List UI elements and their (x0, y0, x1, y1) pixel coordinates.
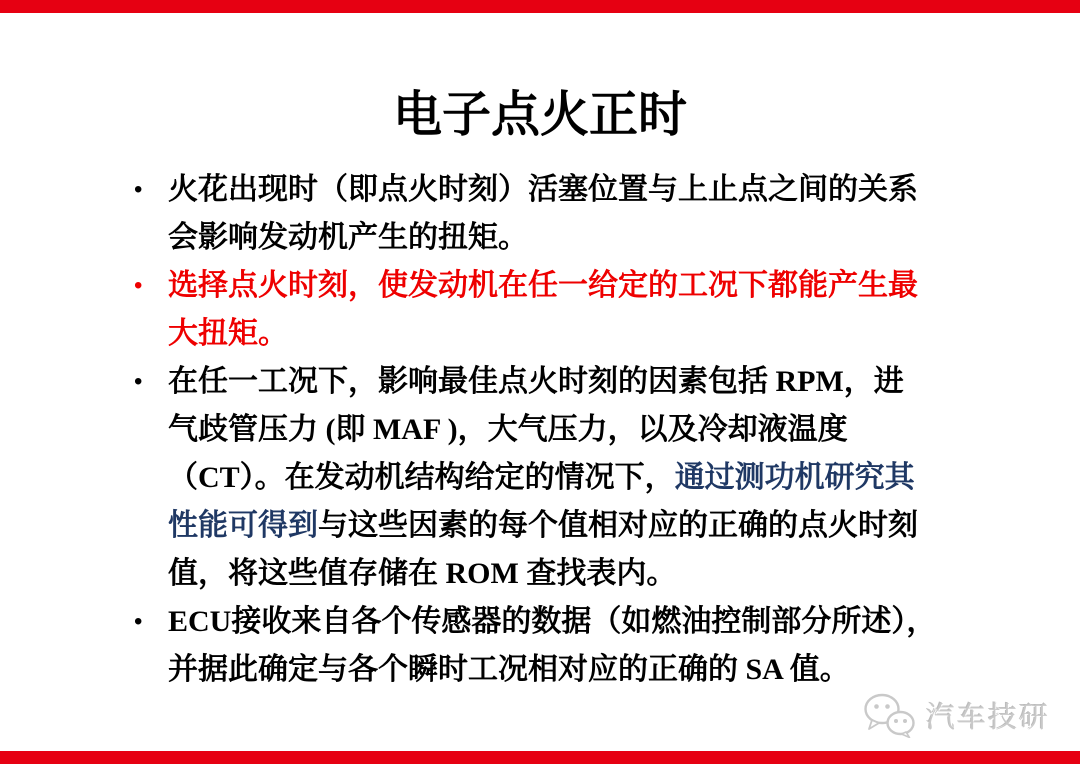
text-segment: （CT）。在发动机结构给定的情况下， (168, 461, 675, 494)
text-segment: 在任一工况下，影响最佳点火时刻的因素包括 RPM，进 (168, 365, 904, 398)
text-segment: 会影响发动机产生的扭矩。 (168, 221, 528, 254)
text-segment: 选择点火时刻，使发动机在任一给定的工况下都能产生最 (168, 269, 918, 302)
text-segment: 与这些因素的每个值相对应的正确的点火时刻 (318, 509, 918, 542)
text-segment: ECU接收来自各个传感器的数据（如燃油控制部分所述）， (168, 605, 936, 638)
bullet-text: 在任一工况下，影响最佳点火时刻的因素包括 RPM，进 气歧管压力 (即 MAF … (168, 358, 1014, 598)
bullet-line: 火花出现时（即点火时刻）活塞位置与上止点之间的关系 (168, 166, 1014, 214)
bullet-marker: • (134, 358, 168, 598)
bottom-red-bar (0, 751, 1080, 764)
bullet-line: （CT）。在发动机结构给定的情况下，通过测功机研究其 (168, 454, 1014, 502)
wechat-bubbles-icon (861, 692, 917, 738)
bullet-text: 火花出现时（即点火时刻）活塞位置与上止点之间的关系 会影响发动机产生的扭矩。 (168, 166, 1014, 262)
bullet-line: 并据此确定与各个瞬时工况相对应的正确的 SA 值。 (168, 646, 1014, 694)
text-segment: 并据此确定与各个瞬时工况相对应的正确的 SA 值。 (168, 653, 850, 686)
bullet-line: 值，将这些值存储在 ROM 查找表内。 (168, 550, 1014, 598)
bullet-item-2: • 选择点火时刻，使发动机在任一给定的工况下都能产生最 大扭矩。 (134, 262, 1014, 358)
bullet-marker: • (134, 598, 168, 694)
bullet-text: 选择点火时刻，使发动机在任一给定的工况下都能产生最 大扭矩。 (168, 262, 1014, 358)
text-segment: 火花出现时（即点火时刻）活塞位置与上止点之间的关系 (168, 173, 918, 206)
bullet-item-3: • 在任一工况下，影响最佳点火时刻的因素包括 RPM，进 气歧管压力 (即 MA… (134, 358, 1014, 598)
text-segment-blue: 通过测功机研究其 (675, 461, 915, 494)
bullet-marker: • (134, 262, 168, 358)
watermark: 汽车技研 (861, 692, 1050, 738)
page-title: 电子点火正时 (0, 84, 1080, 146)
bullet-line: 在任一工况下，影响最佳点火时刻的因素包括 RPM，进 (168, 358, 1014, 406)
bullet-list: • 火花出现时（即点火时刻）活塞位置与上止点之间的关系 会影响发动机产生的扭矩。… (134, 166, 1014, 694)
top-red-bar (0, 0, 1080, 13)
bullet-line: 性能可得到与这些因素的每个值相对应的正确的点火时刻 (168, 502, 1014, 550)
bullet-marker: • (134, 166, 168, 262)
bullet-item-4: • ECU接收来自各个传感器的数据（如燃油控制部分所述）， 并据此确定与各个瞬时… (134, 598, 1014, 694)
bullet-line: 会影响发动机产生的扭矩。 (168, 214, 1014, 262)
bullet-item-1: • 火花出现时（即点火时刻）活塞位置与上止点之间的关系 会影响发动机产生的扭矩。 (134, 166, 1014, 262)
text-segment: 气歧管压力 (即 MAF )，大气压力，以及冷却液温度 (168, 413, 848, 446)
text-segment: 大扭矩。 (168, 317, 288, 350)
bullet-line: ECU接收来自各个传感器的数据（如燃油控制部分所述）， (168, 598, 1014, 646)
bullet-line: 大扭矩。 (168, 310, 1014, 358)
bullet-text: ECU接收来自各个传感器的数据（如燃油控制部分所述）， 并据此确定与各个瞬时工况… (168, 598, 1014, 694)
watermark-text: 汽车技研 (926, 695, 1050, 736)
text-segment-blue: 性能可得到 (168, 509, 318, 542)
text-segment: 值，将这些值存储在 ROM 查找表内。 (168, 557, 676, 590)
bullet-line: 气歧管压力 (即 MAF )，大气压力，以及冷却液温度 (168, 406, 1014, 454)
bullet-line: 选择点火时刻，使发动机在任一给定的工况下都能产生最 (168, 262, 1014, 310)
